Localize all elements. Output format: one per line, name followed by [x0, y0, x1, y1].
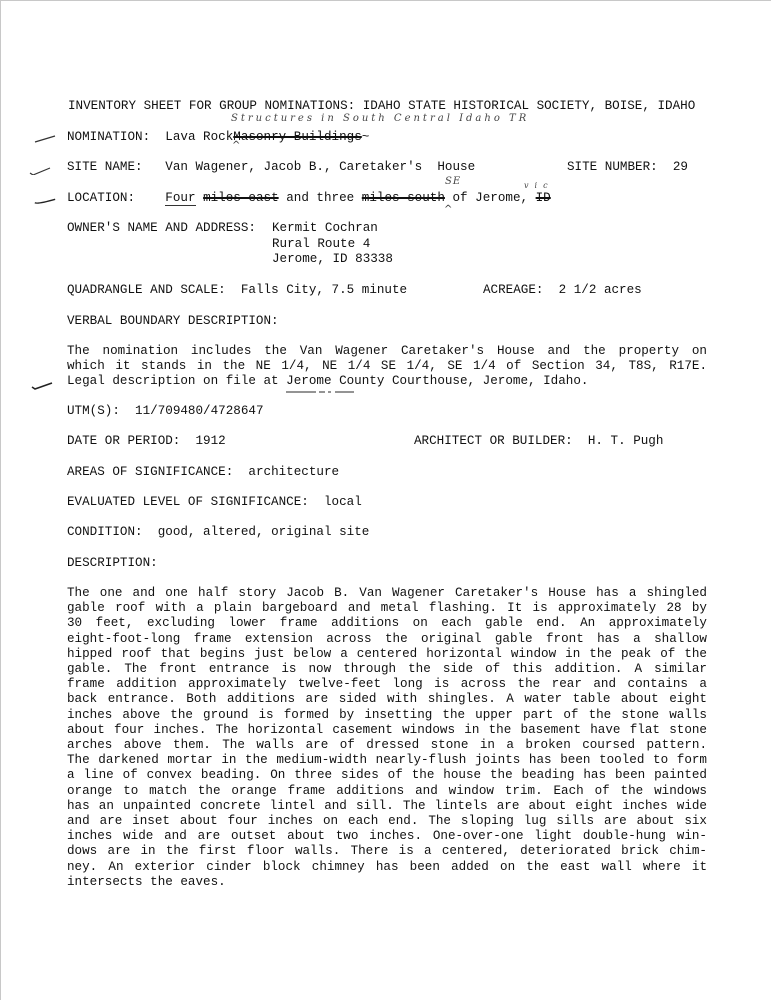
description-line: has an unpainted concrete lintel and sil…: [67, 799, 707, 814]
description-line: inches above the ground is formed by ins…: [67, 708, 707, 723]
quadrangle-value: Falls City, 7.5 minute: [241, 283, 407, 297]
site-number-label: SITE NUMBER:: [567, 160, 658, 174]
insertion-caret-icon: ^: [232, 140, 240, 151]
areas-value: architecture: [248, 465, 339, 479]
location-struck2: miles south: [362, 191, 445, 205]
description-line: orange to match the orange frame additio…: [67, 784, 707, 799]
location-struck1: miles east: [203, 191, 279, 205]
boundary-description: The nomination includes the Van Wagener …: [67, 344, 707, 390]
owner-label: OWNER'S NAME AND ADDRESS:: [67, 221, 256, 236]
site-number-value: 29: [673, 160, 688, 174]
boundary-label: VERBAL BOUNDARY DESCRIPTION:: [67, 314, 279, 329]
areas-row: AREAS OF SIGNIFICANCE: architecture: [67, 465, 339, 480]
site-number-row: SITE NUMBER: 29: [567, 160, 688, 175]
boundary-line: which it stands in the NE 1/4, NE 1/4 SE…: [67, 359, 707, 374]
utm-value: 11/709480/4728647: [135, 404, 263, 418]
description-label: DESCRIPTION:: [67, 556, 158, 571]
description-line: frame addition approximately twelve-feet…: [67, 677, 707, 692]
description-line: a line of convex beading. On three sides…: [67, 768, 707, 783]
owner-address-line1: Rural Route 4: [272, 237, 370, 252]
insertion-caret-icon: ^: [444, 204, 452, 215]
nomination-label: NOMINATION:: [67, 130, 150, 144]
handwritten-nomination-insert: Structures in South Central Idaho TR: [231, 113, 529, 124]
date-value: 1912: [196, 434, 226, 448]
location-part1: Four: [165, 191, 195, 206]
description-line: dows are in the first floor walls. There…: [67, 844, 707, 859]
site-name-row: SITE NAME: Van Wagener, Jacob B., Careta…: [67, 160, 475, 175]
location-struck3: ID: [536, 191, 551, 205]
nomination-struck-text: Masonry Buildings: [233, 130, 361, 144]
description-line: about four inches. The horizontal caseme…: [67, 723, 707, 738]
nomination-value: Lava Rock: [165, 130, 233, 144]
check-mark-icon: [31, 382, 53, 390]
date-label: DATE OR PERIOD:: [67, 434, 180, 448]
check-mark-icon: [34, 197, 56, 205]
handwritten-vic: vic: [524, 181, 554, 190]
description-line: back entrance. Both additions are sided …: [67, 692, 707, 707]
level-row: EVALUATED LEVEL OF SIGNIFICANCE: local: [67, 495, 362, 510]
acreage-value: 2 1/2 acres: [559, 283, 642, 297]
check-mark-icon: [34, 135, 56, 143]
description-line: gable roof with a plain bargeboard and m…: [67, 601, 707, 616]
quadrangle-label: QUADRANGLE AND SCALE:: [67, 283, 226, 297]
description-line: ney. An exterior cinder block chimney ha…: [67, 860, 707, 875]
utm-label: UTM(S):: [67, 404, 120, 418]
condition-row: CONDITION: good, altered, original site: [67, 525, 369, 540]
condition-label: CONDITION:: [67, 525, 143, 539]
handwritten-underline: [284, 390, 364, 394]
site-name-value: Van Wagener, Jacob B., Caretaker's House: [165, 160, 475, 174]
areas-label: AREAS OF SIGNIFICANCE:: [67, 465, 233, 479]
owner-name: Kermit Cochran: [272, 221, 378, 236]
quadrangle-row: QUADRANGLE AND SCALE: Falls City, 7.5 mi…: [67, 283, 407, 298]
location-row: LOCATION: Four miles east and three mile…: [67, 191, 551, 206]
description-line: arches above them. The walls are of dres…: [67, 738, 707, 753]
nomination-row: NOMINATION: Lava RockMasonry Buildings~: [67, 130, 369, 145]
location-part3: of Jerome,: [445, 191, 536, 205]
description-line: 30 feet, excluding lower frame additions…: [67, 616, 707, 631]
description-line: eight-foot-long frame extension across t…: [67, 632, 707, 647]
document-page: INVENTORY SHEET FOR GROUP NOMINATIONS: I…: [0, 0, 771, 1000]
level-label: EVALUATED LEVEL OF SIGNIFICANCE:: [67, 495, 309, 509]
handwritten-se: SE: [445, 176, 461, 187]
architect-value: H. T. Pugh: [588, 434, 664, 448]
boundary-line: The nomination includes the Van Wagener …: [67, 344, 707, 359]
check-mark-icon: [29, 167, 51, 175]
level-value: local: [324, 495, 362, 509]
architect-row: ARCHITECT OR BUILDER: H. T. Pugh: [414, 434, 663, 449]
acreage-label: ACREAGE:: [483, 283, 543, 297]
architect-label: ARCHITECT OR BUILDER:: [414, 434, 573, 448]
description-line: The darkened mortar in the medium-width …: [67, 753, 707, 768]
description-line: gable. The front entrance is now through…: [67, 662, 707, 677]
acreage-row: ACREAGE: 2 1/2 acres: [483, 283, 642, 298]
description-line: and are inset about four inches on each …: [67, 814, 707, 829]
utm-row: UTM(S): 11/709480/4728647: [67, 404, 264, 419]
description-line: The one and one half story Jacob B. Van …: [67, 586, 707, 601]
description-line: intersects the eaves.: [67, 875, 707, 890]
description-line: hipped roof that begins just below a cen…: [67, 647, 707, 662]
description-line: inches wide and are outset about two inc…: [67, 829, 707, 844]
owner-address-line2: Jerome, ID 83338: [272, 252, 393, 267]
site-name-label: SITE NAME:: [67, 160, 143, 174]
condition-value: good, altered, original site: [158, 525, 370, 539]
date-row: DATE OR PERIOD: 1912: [67, 434, 226, 449]
location-label: LOCATION:: [67, 191, 135, 205]
description-body: The one and one half story Jacob B. Van …: [67, 586, 707, 890]
document-title: INVENTORY SHEET FOR GROUP NOMINATIONS: I…: [68, 99, 695, 114]
location-part2: and three: [279, 191, 355, 205]
boundary-line: Legal description on file at Jerome Coun…: [67, 374, 707, 389]
